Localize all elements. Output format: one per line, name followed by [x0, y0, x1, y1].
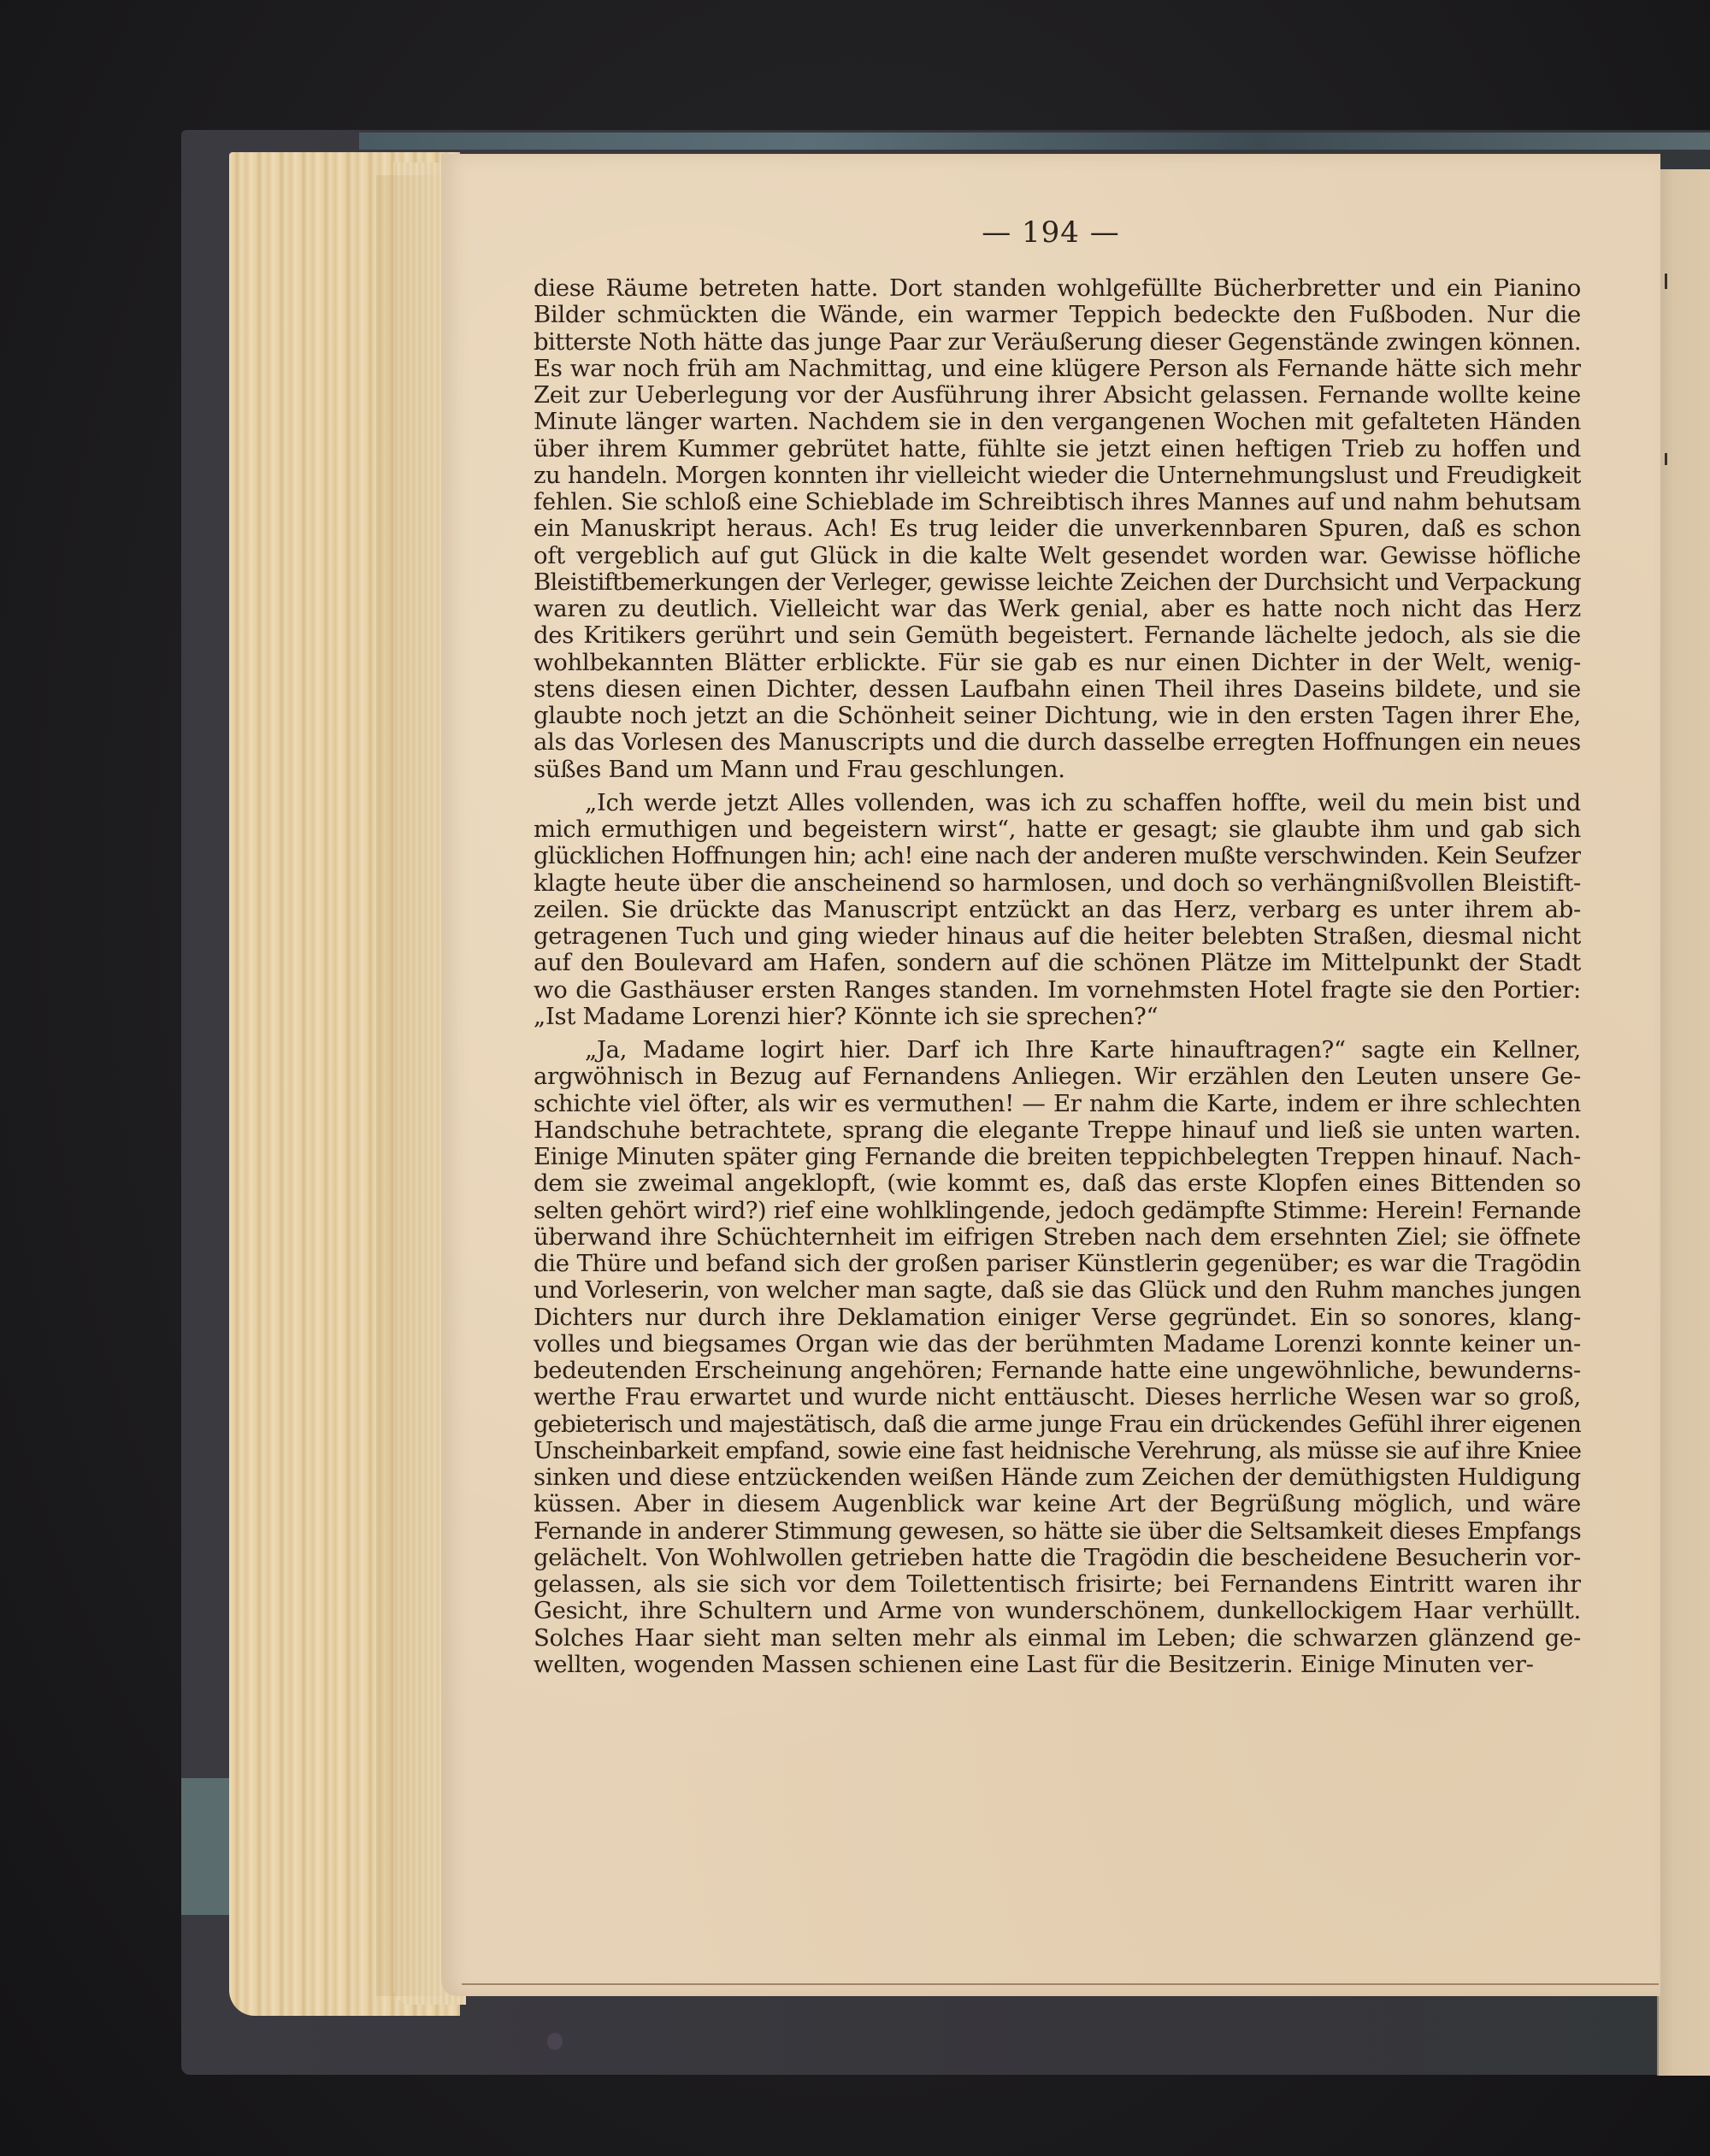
text-line: volles und biegsames Organ wie das der b… — [534, 1331, 1581, 1358]
text-line: oft vergeblich auf gut Glück in die kalt… — [534, 543, 1581, 569]
text-line: gelassen, als sie sich vor dem Toiletten… — [534, 1571, 1581, 1598]
page-bottom-line — [462, 1983, 1659, 1985]
text-line: süßes Band um Mann und Frau geschlungen. — [534, 757, 1581, 783]
text-line: „Ist Madame Lorenzi hier? Könnte ich sie… — [534, 1004, 1581, 1030]
text-line: zu handeln. Morgen konnten ihr vielleich… — [534, 462, 1581, 489]
text-line: fehlen. Sie schloß eine Schieblade im Sc… — [534, 489, 1581, 515]
text-line: Es war noch früh am Nachmittag, und eine… — [534, 356, 1581, 382]
text-line: getragenen Tuch und ging wieder hinaus a… — [534, 923, 1581, 950]
text-line: selten gehört wird?) rief eine wohlkling… — [534, 1198, 1581, 1224]
text-line: glaubte noch jetzt an die Schönheit sein… — [534, 703, 1581, 729]
text-line: zeilen. Sie drückte das Manuscript entzü… — [534, 897, 1581, 923]
text-line: waren zu deutlich. Vielleicht war das We… — [534, 596, 1581, 622]
text-line: wellten, wogenden Massen schienen eine L… — [534, 1652, 1581, 1678]
text-line: Bilder schmückten die Wände, ein warmer … — [534, 302, 1581, 328]
text-line: sinken und diese entzückenden weißen Hän… — [534, 1464, 1581, 1491]
text-line: Solches Haar sieht man selten mehr als e… — [534, 1625, 1581, 1652]
text-line: überwand ihre Schüchternheit im eifrigen… — [534, 1224, 1581, 1251]
text-line: Fernande in anderer Stimmung gewesen, so… — [534, 1518, 1581, 1545]
text-line: als das Vorlesen des Manuscripts und die… — [534, 729, 1581, 756]
body-text: diese Räume betreten hatte. Dort standen… — [534, 275, 1581, 1678]
margin-mark — [1665, 274, 1667, 289]
text-line: wohlbekannten Blätter erblickte. Für sie… — [534, 650, 1581, 676]
text-line: „Ja, Madame logirt hier. Darf ich Ihre K… — [534, 1037, 1581, 1063]
text-line: und Vorleserin, von welcher man sagte, d… — [534, 1277, 1581, 1304]
text-line: „Ich werde jetzt Alles vollenden, was ic… — [534, 790, 1581, 816]
paragraph-gap — [534, 783, 1581, 790]
text-line: mich ermuthigen und begeistern wirst“, h… — [534, 816, 1581, 843]
page-number: — 194 — — [441, 215, 1660, 250]
text-line: auf den Boulevard am Hafen, sondern auf … — [534, 950, 1581, 976]
text-line: des Kritikers gerührt und sein Gemüth be… — [534, 622, 1581, 649]
text-line: schichte viel öfter, als wir es vermuthe… — [534, 1091, 1581, 1117]
text-line: bedeutenden Erscheinung angehören; Ferna… — [534, 1358, 1581, 1384]
text-line: Minute länger warten. Nachdem sie in den… — [534, 409, 1581, 435]
text-line: werthe Frau erwartet und wurde nicht ent… — [534, 1384, 1581, 1411]
text-line: klagte heute über die anscheinend so har… — [534, 870, 1581, 897]
text-line: glücklichen Hoffnungen hin; ach! eine na… — [534, 843, 1581, 869]
margin-mark — [1665, 453, 1667, 465]
text-line: Handschuhe betrachtete, sprang die elega… — [534, 1117, 1581, 1144]
text-line: die Thüre und befand sich der großen par… — [534, 1251, 1581, 1277]
text-line: wo die Gasthäuser ersten Ranges standen.… — [534, 977, 1581, 1004]
text-line: Gesicht, ihre Schultern und Arme von wun… — [534, 1598, 1581, 1624]
text-line: stens diesen einen Dichter, dessen Laufb… — [534, 676, 1581, 703]
text-line: ein Manuskript heraus. Ach! Es trug leid… — [534, 515, 1581, 542]
text-line: Einige Minuten später ging Fernande die … — [534, 1144, 1581, 1170]
text-line: küssen. Aber in diesem Augenblick war ke… — [534, 1491, 1581, 1517]
text-line: über ihrem Kummer gebrütet hatte, fühlte… — [534, 436, 1581, 462]
text-line: gebieterisch und majestätisch, daß die a… — [534, 1411, 1581, 1438]
text-line: bitterste Noth hätte das junge Paar zur … — [534, 329, 1581, 356]
text-line: diese Räume betreten hatte. Dort standen… — [534, 275, 1581, 302]
cover-corner-cloth — [181, 1778, 233, 1915]
text-line: Unscheinbarkeit empfand, sowie eine fast… — [534, 1438, 1581, 1464]
text-line: Dichters nur durch ihre Deklamation eini… — [534, 1305, 1581, 1331]
text-line: dem sie zweimal angeklopft, (wie kommt e… — [534, 1170, 1581, 1197]
text-line: argwöhnisch in Bezug auf Fernandens Anli… — [534, 1063, 1581, 1090]
paragraph-gap — [534, 1030, 1581, 1037]
text-line: Zeit zur Ueberlegung vor der Ausführung … — [534, 382, 1581, 409]
ink-spot — [547, 2033, 563, 2050]
cover-edge-worn — [359, 133, 1710, 150]
text-line: Bleistiftbemerkungen der Verleger, gewis… — [534, 569, 1581, 596]
text-line: gelächelt. Von Wohlwollen getrieben hatt… — [534, 1545, 1581, 1571]
